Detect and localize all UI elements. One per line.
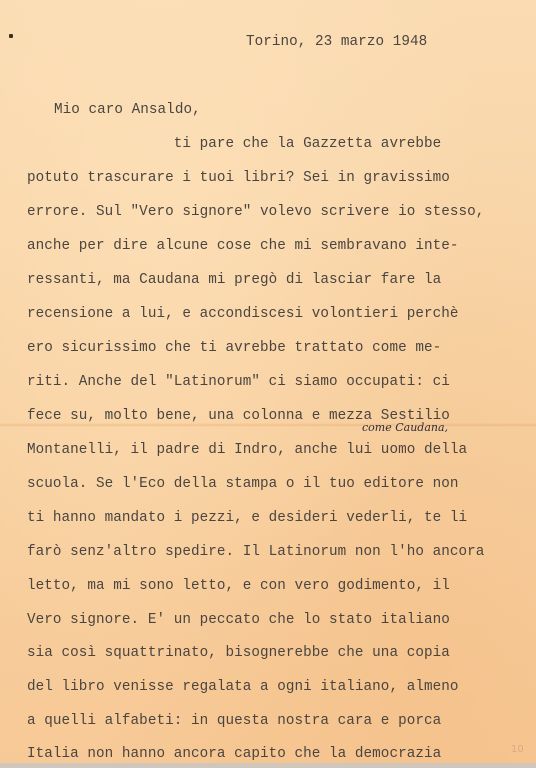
handwritten-insertion: come Caudana,	[362, 421, 448, 434]
body-line: farò senz'altro spedire. Il Latinorum no…	[27, 544, 484, 560]
body-line: Vero signore. E' un peccato che lo stato…	[27, 612, 450, 628]
body-line: ti pare che la Gazzetta avrebbe	[27, 136, 441, 152]
body-line: a quelli alfabeti: in questa nostra cara…	[27, 713, 441, 729]
body-line: ti hanno mandato i pezzi, e desideri ved…	[27, 510, 467, 526]
scan-bottom-edge	[0, 763, 536, 768]
body-line: recensione a lui, e accondiscesi volonti…	[27, 306, 458, 322]
body-line: ero sicurissimo che ti avrebbe trattato …	[27, 340, 441, 356]
body-line: scuola. Se l'Eco della stampa o il tuo e…	[27, 476, 458, 492]
body-line: riti. Anche del "Latinorum" ci siamo occ…	[27, 374, 450, 390]
body-line: anche per dire alcune cose che mi sembra…	[27, 238, 458, 254]
page-number: 10	[511, 744, 524, 755]
body-line: potuto trascurare i tuoi libri? Sei in g…	[27, 170, 450, 186]
margin-mark	[9, 34, 13, 38]
body-line: sia così squattrinato, bisognerebbe che …	[27, 645, 450, 661]
salutation: Mio caro Ansaldo,	[54, 102, 201, 118]
body-line: errore. Sul "Vero signore" volevo scrive…	[27, 204, 484, 220]
body-line: Italia non hanno ancora capito che la de…	[27, 746, 441, 762]
body-line: Montanelli, il padre di Indro, anche lui…	[27, 442, 467, 458]
body-line: ressanti, ma Caudana mi pregò di lasciar…	[27, 272, 441, 288]
place-date: Torino, 23 marzo 1948	[246, 34, 427, 50]
body-line: letto, ma mi sono letto, e con vero godi…	[27, 578, 450, 594]
body-line: del libro venisse regalata a ogni italia…	[27, 679, 458, 695]
